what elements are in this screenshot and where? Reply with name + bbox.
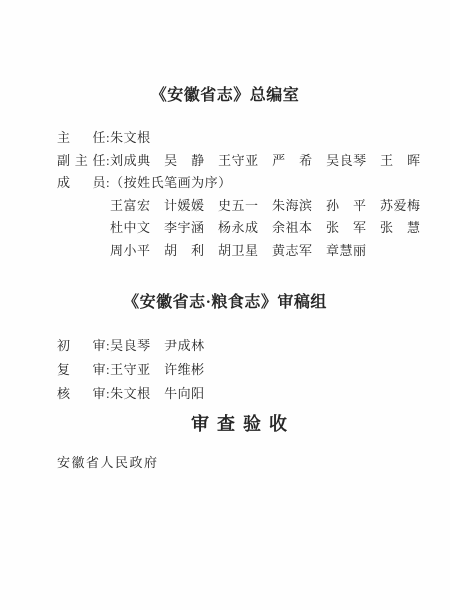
review-label-first: 初审 (57, 334, 106, 358)
review-row-first: 初审:吴良琴 尹成林 (57, 334, 410, 358)
review-group-title: 《安徽省志·粮食志》审稿组 (40, 293, 410, 312)
role-row-members: 成员:（按姓氏笔画为序） (57, 172, 410, 195)
review-names-first: 吴良琴 尹成林 (110, 334, 205, 358)
role-label-director: 主任 (57, 127, 106, 150)
role-row-director: 主任:朱文根 (57, 127, 410, 150)
review-row-final: 核审:朱文根 牛向阳 (57, 382, 410, 406)
review-label-second: 复审 (57, 358, 106, 382)
role-row-deputy-directors: 副主任:刘成典 吴 静 王守亚 严 希 吴良琴 王 晖 (57, 150, 410, 173)
role-names-deputy-directors: 刘成典 吴 静 王守亚 严 希 吴良琴 王 晖 (110, 150, 421, 173)
members-row-2: 杜中文 李宇涵 杨永成 余祖本 张 军 张 慧 (110, 217, 410, 240)
acceptance-body: 安徽省人民政府 (57, 452, 410, 471)
role-label-members: 成员 (57, 172, 106, 195)
editorial-office-title: 《安徽省志》总编室 (40, 86, 410, 105)
editorial-office-roles: 主任:朱文根 副主任:刘成典 吴 静 王守亚 严 希 吴良琴 王 晖 成员:（按… (57, 127, 410, 262)
role-names-director: 朱文根 (110, 127, 151, 150)
role-label-deputy-directors: 副主任 (57, 150, 106, 173)
review-row-second: 复审:王守亚 许维彬 (57, 358, 410, 382)
members-row-1: 王富宏 计媛媛 史五一 朱海滨 孙 平 苏爱梅 (110, 195, 410, 218)
review-label-final: 核审 (57, 382, 106, 406)
review-names-second: 王守亚 许维彬 (110, 358, 205, 382)
members-row-3: 周小平 胡 利 胡卫星 黄志军 章慧丽 (110, 240, 410, 263)
acceptance-title: 审查验收 (57, 414, 410, 436)
document-page: 《安徽省志》总编室 主任:朱文根 副主任:刘成典 吴 静 王守亚 严 希 吴良琴… (0, 0, 450, 610)
review-names-final: 朱文根 牛向阳 (110, 382, 205, 406)
review-group-roles: 初审:吴良琴 尹成林 复审:王守亚 许维彬 核审:朱文根 牛向阳 (57, 334, 410, 406)
role-names-members-note: （按姓氏笔画为序） (110, 172, 232, 195)
